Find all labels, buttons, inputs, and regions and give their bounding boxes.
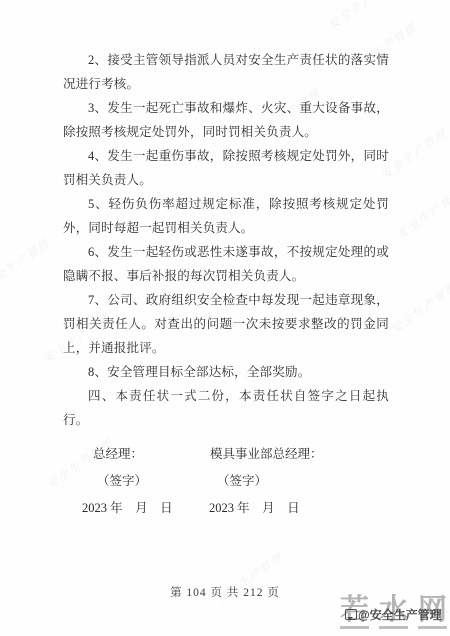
watermark-overlay-text: @安全生产管理 [358, 608, 442, 622]
paragraph-item-8: 8、安全管理目标全部达标，全部奖励。 [63, 360, 389, 384]
signature-date-line: 2023 年 月 日 [209, 495, 323, 522]
diagonal-watermark: 安全生产管理 [0, 235, 53, 293]
paragraph-item-4: 4、发生一起重伤事故，除按照考核规定处罚外，同时罚相关负责人。 [63, 144, 389, 192]
paragraph-item-7: 7、公司、政府组织安全检查中每发现一起违章现象，罚相关责任人。对查出的问题一次未… [63, 288, 389, 360]
signature-title: 模具事业部总经理： [209, 441, 323, 468]
paragraph-item-2: 2、接受主管领导指派人员对安全生产责任状的落实情况进行考核。 [63, 48, 389, 96]
chat-bubble-icon [345, 609, 357, 620]
paragraph-item-6: 6、发生一起轻伤或恶性未遂事故，不按规定处理的或隐瞒不报、事后补报的每次罚相关负… [63, 240, 389, 288]
paragraph-item-5: 5、轻伤负伤率超过规定标准，除按照考核规定处罚外，同时每超一起罚相关负责人。 [63, 192, 389, 240]
paragraph-item-3: 3、发生一起死亡事故和爆炸、火灾、重大设备事故，除按照考核规定处罚外，同时罚相关… [63, 96, 389, 144]
signature-date-line: 2023 年 月 日 [82, 495, 173, 522]
document-page: 安全生产管理 安全生产管理 安全生产管理 安全生产管理 安全生产管理 安全生产管… [0, 0, 450, 636]
signature-title: 总经理： [82, 441, 173, 468]
diagonal-watermark: 安全生产管理 [325, 0, 398, 33]
document-body: 2、接受主管领导指派人员对安全生产责任状的落实情况进行考核。 3、发生一起死亡事… [63, 48, 389, 432]
diagonal-watermark: 安全生产管理 [393, 185, 450, 243]
paragraph-item-four: 四、本责任状一式二份，本责任状自签字之日起执行。 [63, 384, 389, 432]
watermark-overlay: @安全生产管理 [345, 606, 442, 623]
signature-sign-line: （签字） [209, 468, 323, 495]
signature-left: 总经理： （签字） 2023 年 月 日 [82, 441, 173, 522]
diagonal-watermark: 安全生产管理 [387, 279, 450, 337]
signature-right: 模具事业部总经理： （签字） 2023 年 月 日 [209, 441, 323, 522]
page-number: 第 104 页 共 212 页 [170, 587, 280, 599]
signature-sign-line: （签字） [82, 468, 173, 495]
site-watermark: 若水网 @安全生产管理 [340, 595, 450, 629]
